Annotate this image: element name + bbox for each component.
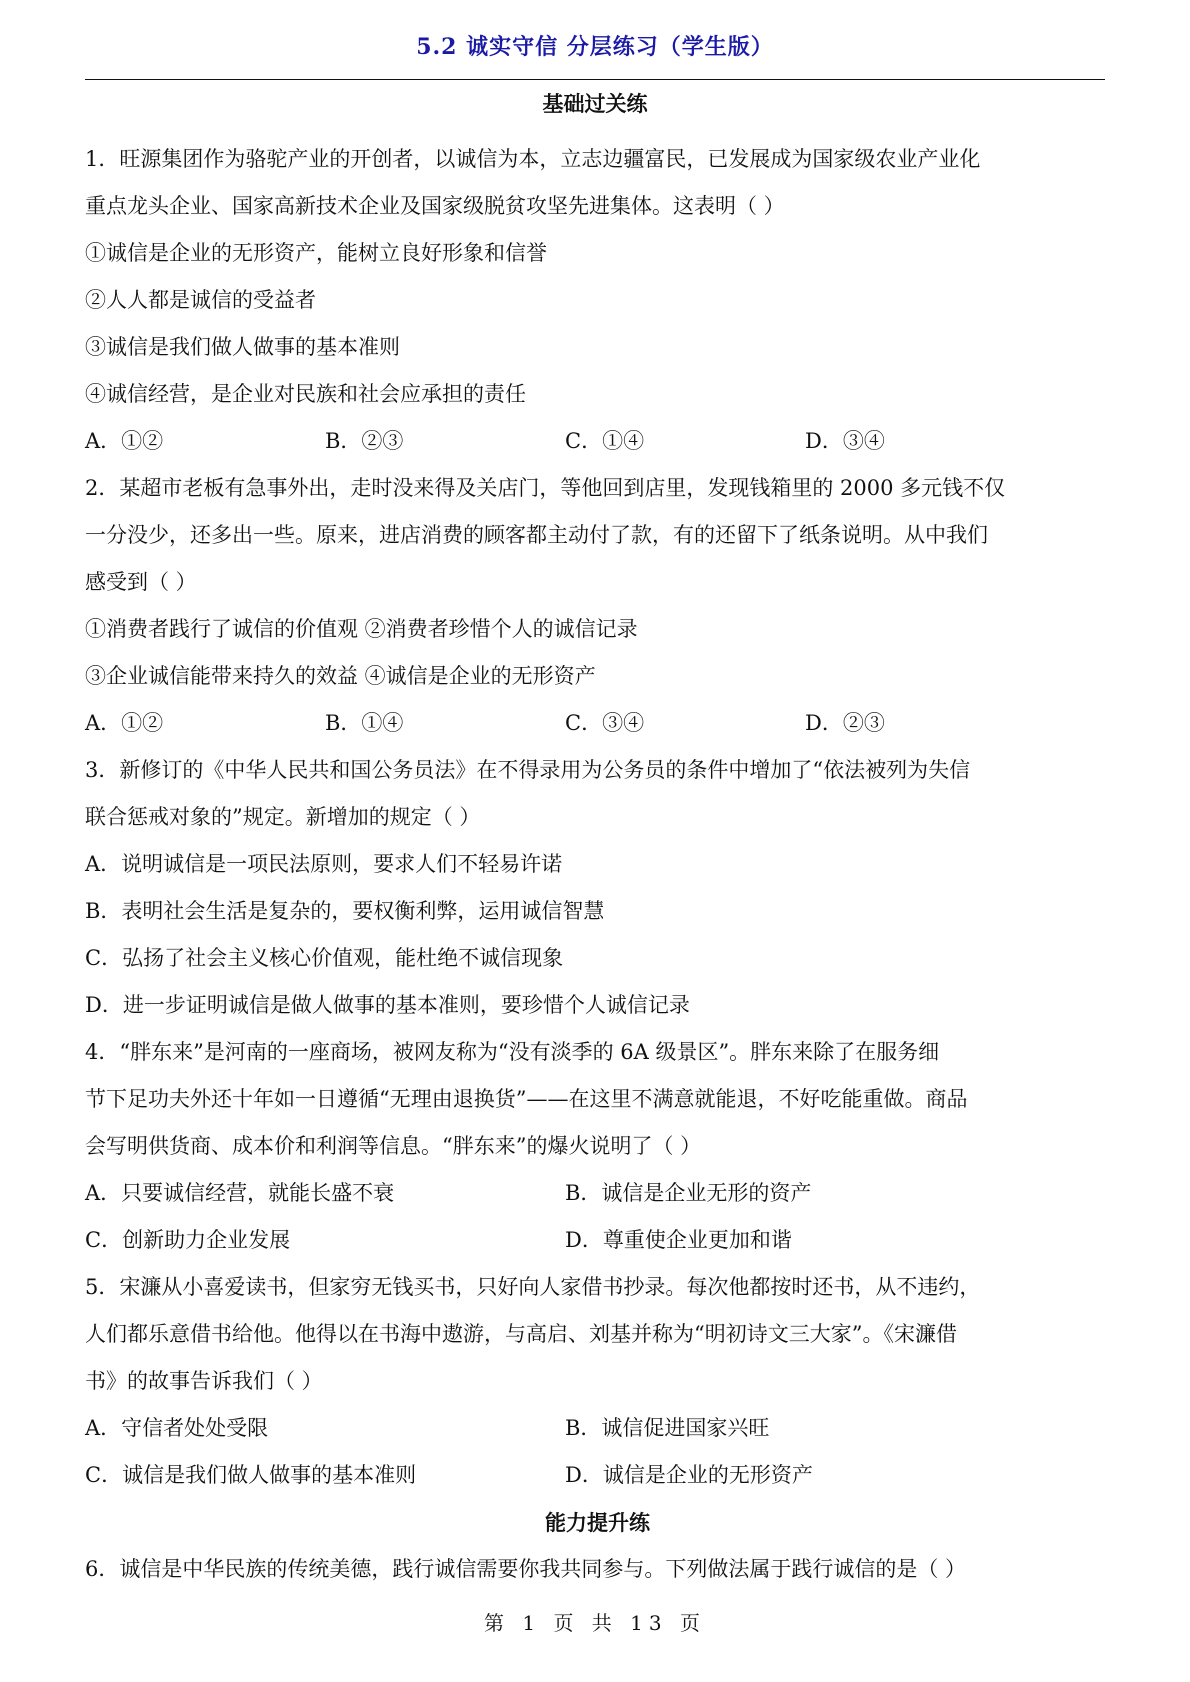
question-text: 2．某超市老板有急事外出，走时没来得及关店门，等他回到店里，发现钱箱里的 200… (85, 465, 1110, 512)
question-text: 会写明供货商、成本价和利润等信息。“胖东来”的爆火说明了（ ） (85, 1123, 1110, 1170)
statement: ④诚信经营，是企业对民族和社会应承担的责任 (85, 371, 1110, 418)
answer-options: A．①② B．②③ C．①④ D．③④ (85, 418, 1110, 465)
option-c: C．诚信是我们做人做事的基本准则 (85, 1452, 565, 1499)
question-1: 1．旺源集团作为骆驼产业的开创者，以诚信为本，立志边疆富民，已发展成为国家级农业… (85, 136, 1110, 465)
option-d: D．诚信是企业的无形资产 (565, 1452, 1045, 1499)
question-text: 书》的故事告诉我们（ ） (85, 1358, 1110, 1405)
statement: ①消费者践行了诚信的价值观 ②消费者珍惜个人的诚信记录 (85, 606, 1110, 653)
question-4: 4．“胖东来”是河南的一座商场，被网友称为“没有淡季的 6A 级景区”。胖东来除… (85, 1029, 1110, 1264)
question-3: 3．新修订的《中华人民共和国公务员法》在不得录用为公务员的条件中增加了“依法被列… (85, 747, 1110, 1029)
option-a: A．守信者处处受限 (85, 1405, 565, 1452)
question-text: 人们都乐意借书给他。他得以在书海中遨游，与高启、刘基并称为“明初诗文三大家”。《… (85, 1311, 1110, 1358)
option-b: B．②③ (325, 418, 565, 465)
question-text: 5．宋濂从小喜爱读书，但家穷无钱买书，只好向人家借书抄录。每次他都按时还书，从不… (85, 1264, 1110, 1311)
question-list: 1．旺源集团作为骆驼产业的开创者，以诚信为本，立志边疆富民，已发展成为国家级农业… (85, 136, 1110, 1593)
option-c: C．③④ (565, 700, 805, 747)
question-text: 6．诚信是中华民族的传统美德，践行诚信需要你我共同参与。下列做法属于践行诚信的是… (85, 1546, 1110, 1593)
statement: ②人人都是诚信的受益者 (85, 277, 1110, 324)
option-a: A．①② (85, 418, 325, 465)
statement: ①诚信是企业的无形资产，能树立良好形象和信誉 (85, 230, 1110, 277)
option-d: D．③④ (805, 418, 1045, 465)
answer-options: C．创新助力企业发展 D．尊重使企业更加和谐 (85, 1217, 1110, 1264)
option-a: A．只要诚信经营，就能长盛不衰 (85, 1170, 565, 1217)
question-text: 1．旺源集团作为骆驼产业的开创者，以诚信为本，立志边疆富民，已发展成为国家级农业… (85, 136, 1110, 183)
statement: ③诚信是我们做人做事的基本准则 (85, 324, 1110, 371)
option-a: A．①② (85, 700, 325, 747)
option-b: B．表明社会生活是复杂的，要权衡利弊，运用诚信智慧 (85, 888, 1110, 935)
question-6: 6．诚信是中华民族的传统美德，践行诚信需要你我共同参与。下列做法属于践行诚信的是… (85, 1546, 1110, 1593)
option-a: A．说明诚信是一项民法原则，要求人们不轻易许诺 (85, 841, 1110, 888)
option-b: B．诚信是企业无形的资产 (565, 1170, 1045, 1217)
question-text: 节下足功夫外还十年如一日遵循“无理由退换货”——在这里不满意就能退，不好吃能重做… (85, 1076, 1110, 1123)
option-b: B．①④ (325, 700, 565, 747)
answer-options: A．守信者处处受限 B．诚信促进国家兴旺 (85, 1405, 1110, 1452)
page-number: 第 1 页 共 13 页 (0, 1607, 1190, 1636)
question-text: 联合惩戒对象的”规定。新增加的规定（ ） (85, 794, 1110, 841)
document-title: 5.2 诚实守信 分层练习（学生版） (0, 30, 1190, 61)
header-rule (85, 79, 1105, 80)
option-d: D．②③ (805, 700, 1045, 747)
option-c: C．创新助力企业发展 (85, 1217, 565, 1264)
option-b: B．诚信促进国家兴旺 (565, 1405, 1045, 1452)
section-heading-basic: 基础过关练 (0, 88, 1190, 118)
option-d: D．进一步证明诚信是做人做事的基本准则，要珍惜个人诚信记录 (85, 982, 1110, 1029)
question-text: 4．“胖东来”是河南的一座商场，被网友称为“没有淡季的 6A 级景区”。胖东来除… (85, 1029, 1110, 1076)
answer-options: C．诚信是我们做人做事的基本准则 D．诚信是企业的无形资产 (85, 1452, 1110, 1499)
option-d: D．尊重使企业更加和谐 (565, 1217, 1045, 1264)
question-text: 感受到（ ） (85, 559, 1110, 606)
section-heading-advanced: 能力提升练 (85, 1499, 1110, 1546)
option-c: C．①④ (565, 418, 805, 465)
statement: ③企业诚信能带来持久的效益 ④诚信是企业的无形资产 (85, 653, 1110, 700)
answer-options: A．只要诚信经营，就能长盛不衰 B．诚信是企业无形的资产 (85, 1170, 1110, 1217)
question-text: 3．新修订的《中华人民共和国公务员法》在不得录用为公务员的条件中增加了“依法被列… (85, 747, 1110, 794)
question-text: 一分没少，还多出一些。原来，进店消费的顾客都主动付了款，有的还留下了纸条说明。从… (85, 512, 1110, 559)
question-text: 重点龙头企业、国家高新技术企业及国家级脱贫攻坚先进集体。这表明（ ） (85, 183, 1110, 230)
question-5: 5．宋濂从小喜爱读书，但家穷无钱买书，只好向人家借书抄录。每次他都按时还书，从不… (85, 1264, 1110, 1499)
option-c: C．弘扬了社会主义核心价值观，能杜绝不诚信现象 (85, 935, 1110, 982)
question-2: 2．某超市老板有急事外出，走时没来得及关店门，等他回到店里，发现钱箱里的 200… (85, 465, 1110, 747)
answer-options: A．①② B．①④ C．③④ D．②③ (85, 700, 1110, 747)
